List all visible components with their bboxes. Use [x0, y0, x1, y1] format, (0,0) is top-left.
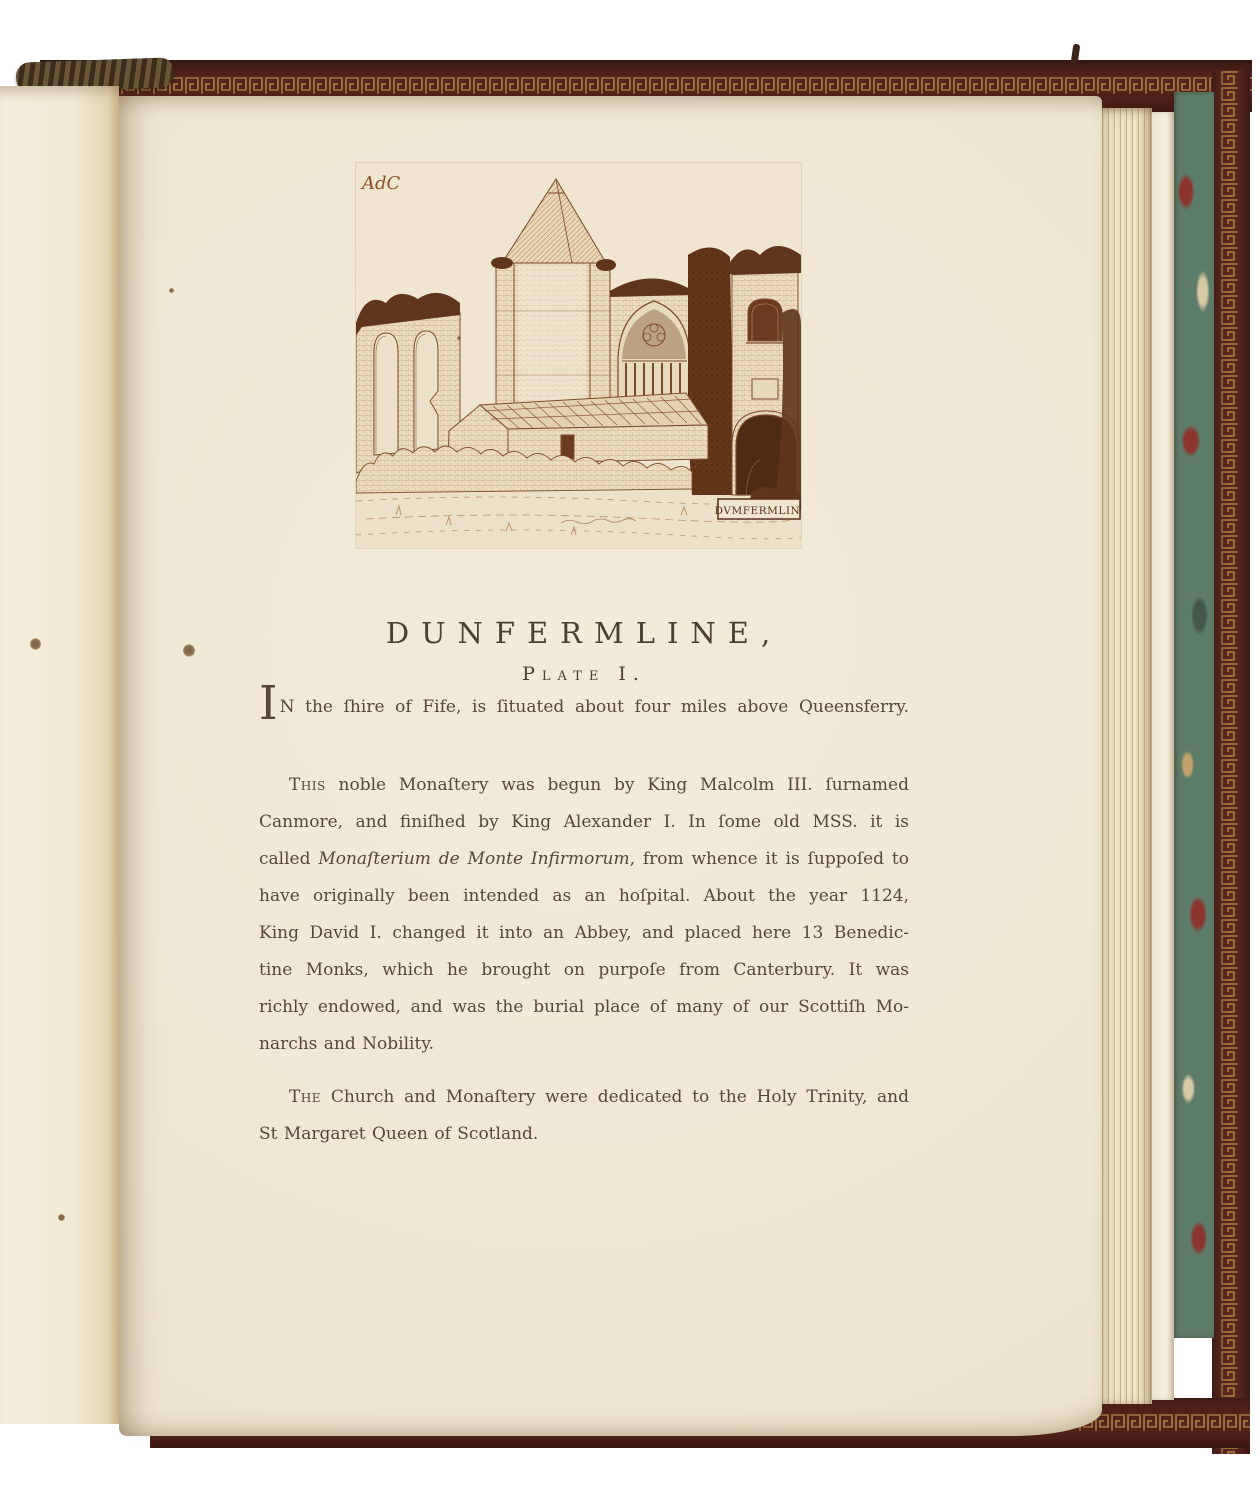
dunfermline-abbey-etching: DVMFERMLIN. AdC [356, 163, 801, 548]
text-line: tine Monks, which he brought on purpoſe … [259, 955, 909, 992]
text-line: Canmore, and finiſhed by King Alexander … [259, 807, 909, 844]
text-run: Church and Monaſtery were dedicated to t… [321, 1087, 909, 1107]
text-line: The Church and Monaſtery were dedicated … [259, 1082, 909, 1119]
artist-monogram: AdC [360, 173, 401, 194]
arched-window [748, 299, 782, 341]
foxing-spot [58, 1214, 65, 1221]
lead-word: The [289, 1087, 321, 1107]
caption-text: DVMFERMLIN. [715, 505, 801, 517]
text-line: narchs and Nobility. [259, 1029, 909, 1066]
lead-word: This [289, 775, 326, 795]
caption-cartouche: DVMFERMLIN. [715, 499, 801, 519]
foxing-spot [30, 638, 41, 650]
text-line: St Margaret Queen of Scotland. [259, 1119, 909, 1156]
text-line: have originally been intended as an hoſp… [259, 881, 909, 918]
paragraph-history: This noble Monaſtery was begun by King M… [259, 770, 909, 1066]
paragraph-opening: IN the ſhire of Fife, is ſituated about … [259, 697, 909, 745]
flyleaf-edge [1152, 112, 1174, 1400]
page-title: DUNFERMLINE, [259, 616, 909, 650]
text-line: called Monaſterium de Monte Infirmorum, … [259, 844, 909, 881]
latin-phrase: Monaſterium de Monte Infirmorum [318, 849, 629, 869]
foxing-spot [183, 644, 195, 657]
text-run: called [259, 849, 318, 869]
wall-recess [752, 379, 778, 399]
engraving-plate: DVMFERMLIN. AdC [356, 163, 801, 548]
foxing-spot [169, 288, 174, 293]
book-page: DVMFERMLIN. AdC DUNFERMLINE, Plate I. IN… [119, 96, 1102, 1436]
text-line: King David I. changed it into an Abbey, … [259, 918, 909, 955]
text-line: This noble Monaſtery was begun by King M… [259, 770, 909, 807]
right-cover-edge [1212, 70, 1250, 1454]
text-run: , from whence it is ſuppoſed to [630, 849, 909, 869]
photograph-background: DVMFERMLIN. AdC DUNFERMLINE, Plate I. IN… [0, 0, 1260, 1500]
leather-shading [1212, 70, 1250, 1454]
drop-cap: I [259, 676, 280, 731]
left-page [0, 86, 119, 1424]
marbled-endpaper [1174, 92, 1214, 1338]
text-line: N the ſhire of Fife, is ſituated about f… [280, 697, 909, 717]
foxing-spot [457, 336, 461, 340]
text-run: noble Monaſtery was begun by King Malcol… [326, 775, 909, 795]
gatehouse-tower [726, 246, 801, 511]
fore-edge-pages [1100, 108, 1152, 1404]
text-line: richly endowed, and was the burial place… [259, 992, 909, 1029]
paragraph-dedication: The Church and Monaſtery were dedicated … [259, 1082, 909, 1156]
plate-subtitle: Plate I. [259, 663, 909, 685]
